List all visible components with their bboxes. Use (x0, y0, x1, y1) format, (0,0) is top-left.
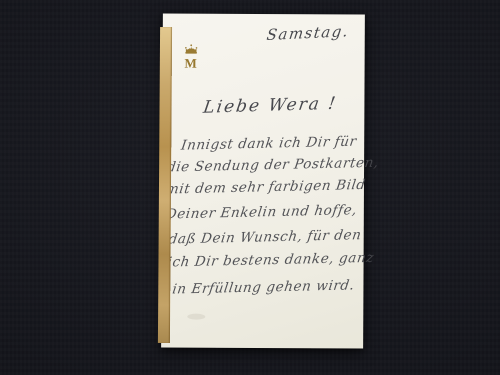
letter-salutation: Liebe Wera ! (202, 94, 339, 118)
photo-background: M Samstag. Liebe Wera ! Innigst dank ich… (0, 0, 500, 375)
gilt-edge-strip (158, 27, 172, 343)
letter-body-line: in Erfüllung gehen wird. (171, 277, 355, 297)
letter-dateline: Samstag. (266, 22, 351, 44)
letter-body-line: Innigst dank ich Dir für (180, 134, 358, 154)
letter-body-line: ich Dir bestens danke, ganz (166, 250, 375, 271)
letter-body-line: Deiner Enkelin und hoffe, (165, 202, 358, 222)
royal-monogram: M (182, 40, 200, 70)
letter-body-line: die Sendung der Postkarten, (166, 155, 380, 176)
letter-body-line: daß Dein Wunsch, für den (168, 227, 363, 247)
letter-card: M Samstag. Liebe Wera ! Innigst dank ich… (161, 13, 365, 348)
ink-smudge (187, 314, 205, 320)
letter-body-line: mit dem sehr farbigen Bild (165, 177, 367, 198)
